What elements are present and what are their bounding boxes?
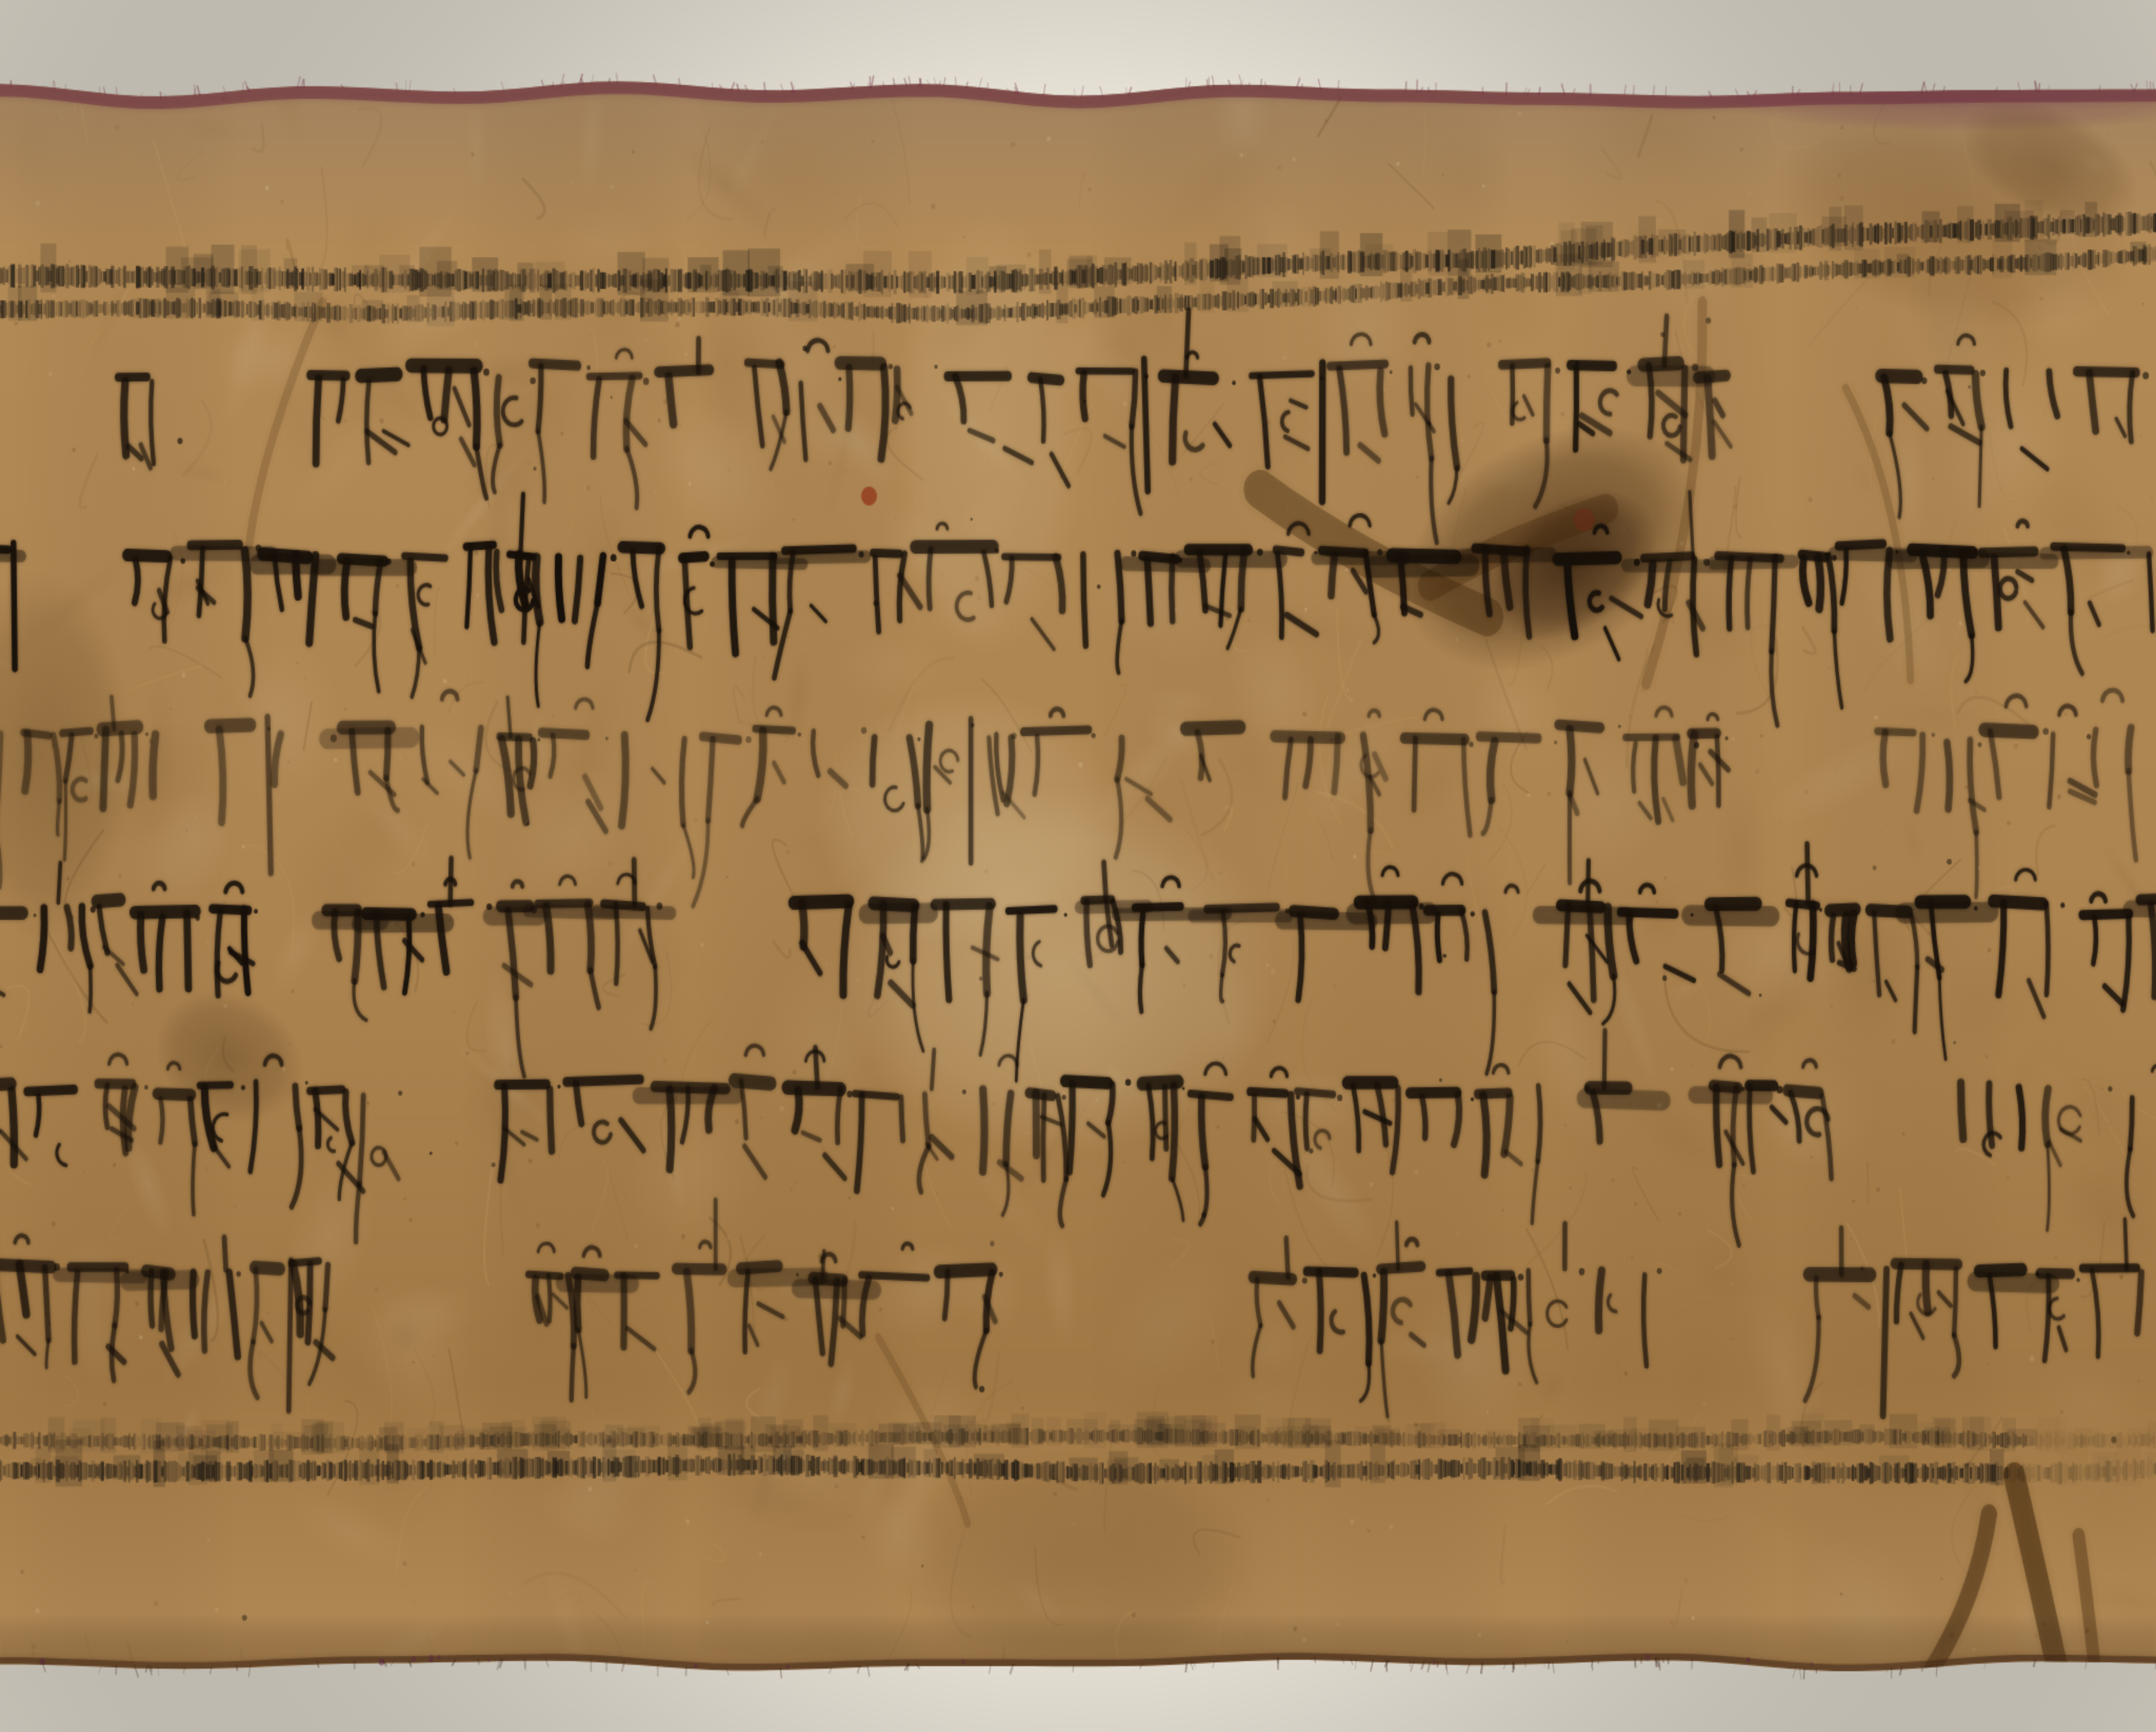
manuscript-leaf-canvas [0,0,2156,1732]
photograph-of-manuscript [0,0,2156,1732]
